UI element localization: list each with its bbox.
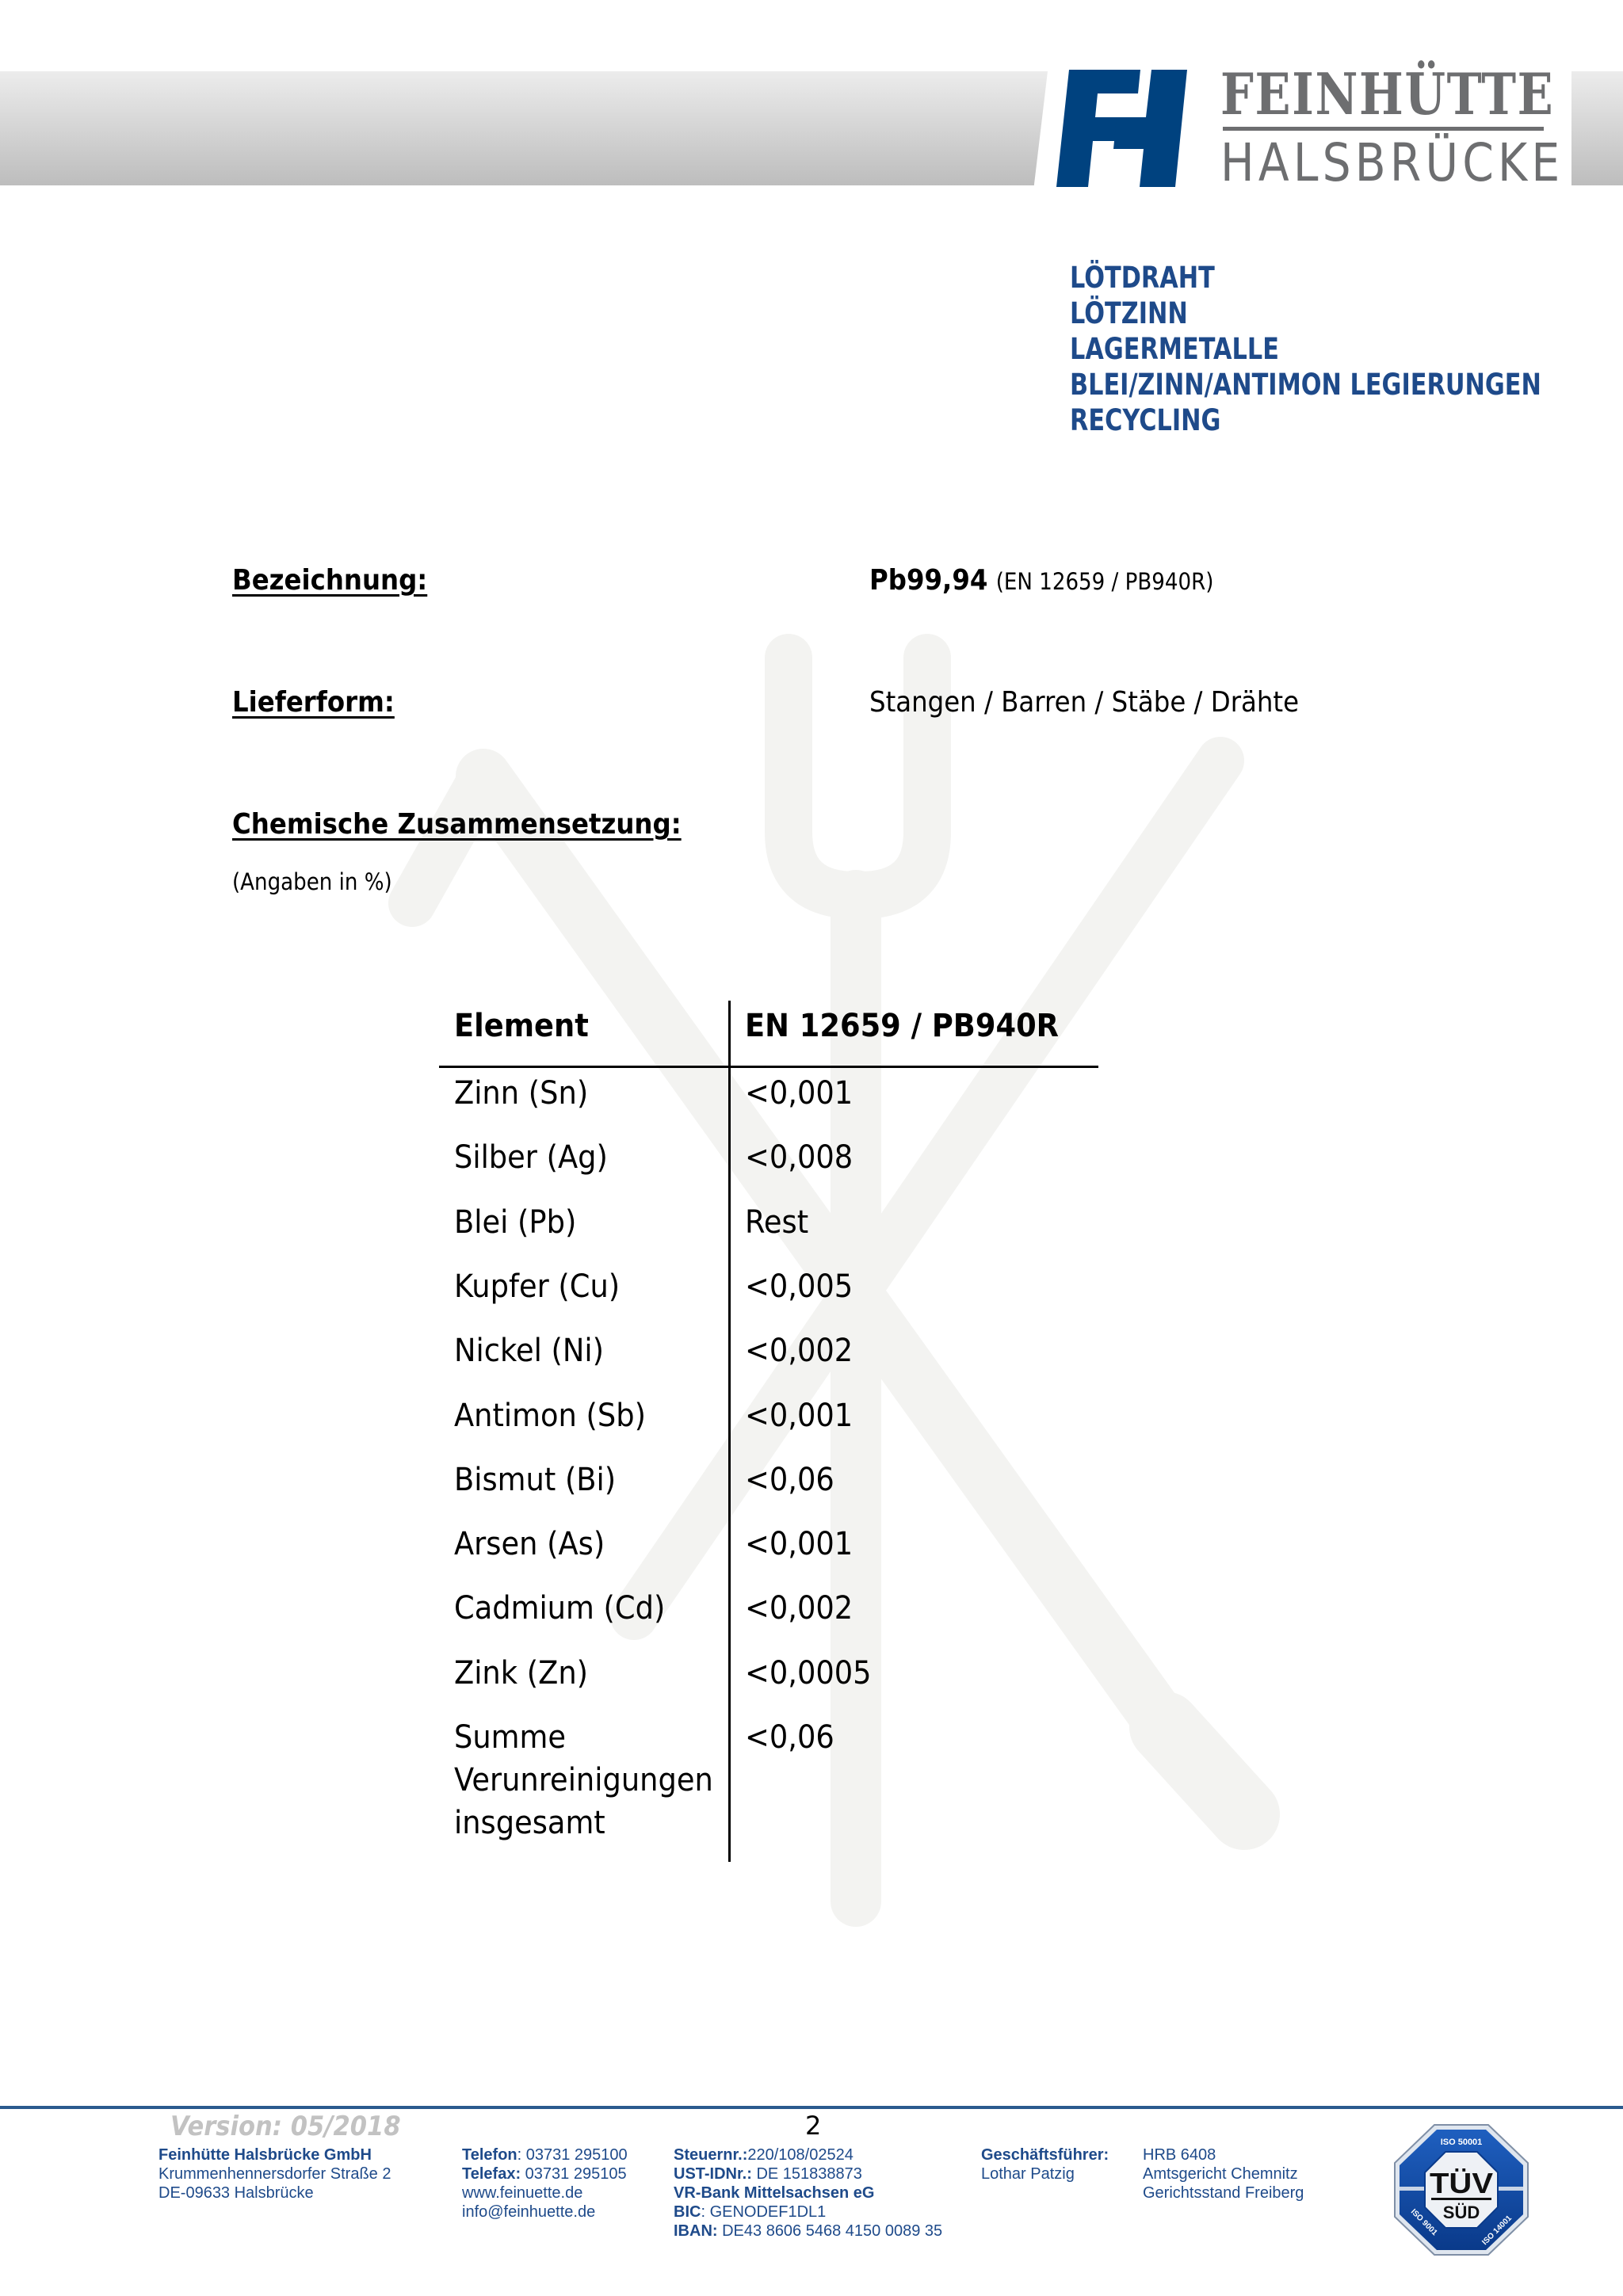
fax-number: 03731 295105: [521, 2165, 626, 2183]
element-cell: Kupfer (Cu): [454, 1265, 702, 1308]
value-cell: Rest: [745, 1201, 808, 1244]
table-header-standard: EN 12659 / PB940R: [745, 1002, 1059, 1050]
brand-divider: [1223, 127, 1544, 131]
element-cell: Zink (Zn): [454, 1652, 702, 1695]
table-column-divider: [728, 1001, 731, 1862]
designation-label: Bezeichnung:: [232, 564, 427, 597]
element-cell: Arsen (As): [454, 1523, 702, 1566]
product-item: LÖTZINN: [1070, 296, 1541, 331]
company-street: Krummenhennersdorfer Straße 2: [158, 2164, 391, 2183]
element-cell: Blei (Pb): [454, 1201, 702, 1244]
value-cell: <0,06: [745, 1459, 834, 1501]
bank-name: VR-Bank Mittelsachsen eG: [674, 2184, 874, 2202]
table-header-element: Element: [454, 1002, 589, 1050]
element-cell: Silber (Ag): [454, 1136, 702, 1179]
management-name: Lothar Patzig: [981, 2164, 1109, 2183]
register-court: Amtsgericht Chemnitz: [1143, 2164, 1304, 2183]
footer-contact: Telefon: 03731 295100 Telefax: 03731 295…: [462, 2145, 628, 2222]
management-label: Geschäftsführer:: [981, 2146, 1109, 2164]
table-header-divider: [439, 1066, 1098, 1068]
header-strip-right: [1571, 71, 1623, 185]
company-name: Feinhütte Halsbrücke GmbH: [158, 2146, 372, 2164]
version-label: Version: 05/2018: [170, 2111, 401, 2142]
brand-name-line1: FEINHÜTTE: [1220, 59, 1486, 130]
tax-number: 220/108/02524: [747, 2146, 853, 2164]
brand-name-line2: HALSBRÜCKE: [1220, 132, 1507, 195]
footer-register: HRB 6408 Amtsgericht Chemnitz Gerichtsst…: [1143, 2145, 1304, 2203]
value-cell: <0,002: [745, 1587, 853, 1630]
norm-reference: (EN 12659 / PB940R): [996, 568, 1214, 595]
vat-number: DE 151838873: [752, 2165, 862, 2183]
footer-tax-bank: Steuernr.:220/108/02524 UST-IDNr.: DE 15…: [674, 2145, 942, 2241]
element-cell: Nickel (Ni): [454, 1329, 702, 1372]
email-link[interactable]: info@feinhuette.de: [462, 2203, 628, 2222]
delivery-form-value: Stangen / Barren / Stäbe / Drähte: [869, 686, 1299, 719]
product-list: LÖTDRAHT LÖTZINN LAGERMETALLE BLEI/ZINN/…: [1070, 260, 1623, 438]
footer-management: Geschäftsführer: Lothar Patzig: [981, 2145, 1109, 2183]
footer-divider: [0, 2106, 1623, 2109]
element-cell: Antimon (Sb): [454, 1394, 702, 1437]
footer-company: Feinhütte Halsbrücke GmbH Krummenhenners…: [158, 2145, 391, 2203]
product-item: BLEI/ZINN/ANTIMON LEGIERUNGEN: [1070, 367, 1541, 402]
element-cell: Zinn (Sn): [454, 1072, 702, 1115]
value-cell: <0,06: [745, 1716, 834, 1759]
value-cell: <0,005: [745, 1265, 853, 1308]
value-cell: <0,001: [745, 1072, 853, 1115]
header-strip-left: [0, 71, 1048, 185]
value-cell: <0,001: [745, 1394, 853, 1437]
fh-logo-icon: [1056, 70, 1199, 187]
phone-number: : 03731 295100: [517, 2146, 628, 2164]
website-link[interactable]: www.feinuette.de: [462, 2183, 628, 2203]
iban-code: DE43 8606 5468 4150 0089 35: [718, 2222, 943, 2240]
value-cell: <0,002: [745, 1329, 853, 1372]
designation-value: Pb99,94 (EN 12659 / PB940R): [869, 564, 1213, 597]
bic-code: : GENODEF1DL1: [701, 2203, 826, 2221]
element-cell: Bismut (Bi): [454, 1459, 702, 1501]
value-cell: <0,0005: [745, 1652, 872, 1695]
jurisdiction: Gerichtsstand Freiberg: [1143, 2183, 1304, 2203]
page-number: 2: [805, 2111, 821, 2141]
composition-label: Chemische Zusammensetzung:: [232, 808, 682, 841]
composition-unit-note: (Angaben in %): [232, 868, 392, 895]
product-item: LÖTDRAHT: [1070, 260, 1541, 296]
product-item: LAGERMETALLE: [1070, 331, 1541, 367]
register-number: HRB 6408: [1143, 2145, 1304, 2164]
delivery-form-label: Lieferform:: [232, 686, 395, 719]
company-city: DE-09633 Halsbrücke: [158, 2183, 391, 2203]
tuv-brand-text: TÜV: [1430, 2167, 1493, 2199]
tuv-top-text: ISO 50001: [1441, 2138, 1483, 2147]
element-cell: Summe Verunreinigungen insgesamt: [454, 1716, 702, 1844]
element-cell: Cadmium (Cd): [454, 1587, 702, 1630]
alloy-name: Pb99,94: [869, 564, 987, 597]
product-item: RECYCLING: [1070, 402, 1541, 438]
value-cell: <0,008: [745, 1136, 853, 1179]
value-cell: <0,001: [745, 1523, 853, 1566]
tuv-sud-text: SÜD: [1443, 2203, 1480, 2222]
tuv-certification-badge-icon: ISO 50001 TÜV SÜD ISO 9001 ISO 14001: [1393, 2123, 1529, 2256]
